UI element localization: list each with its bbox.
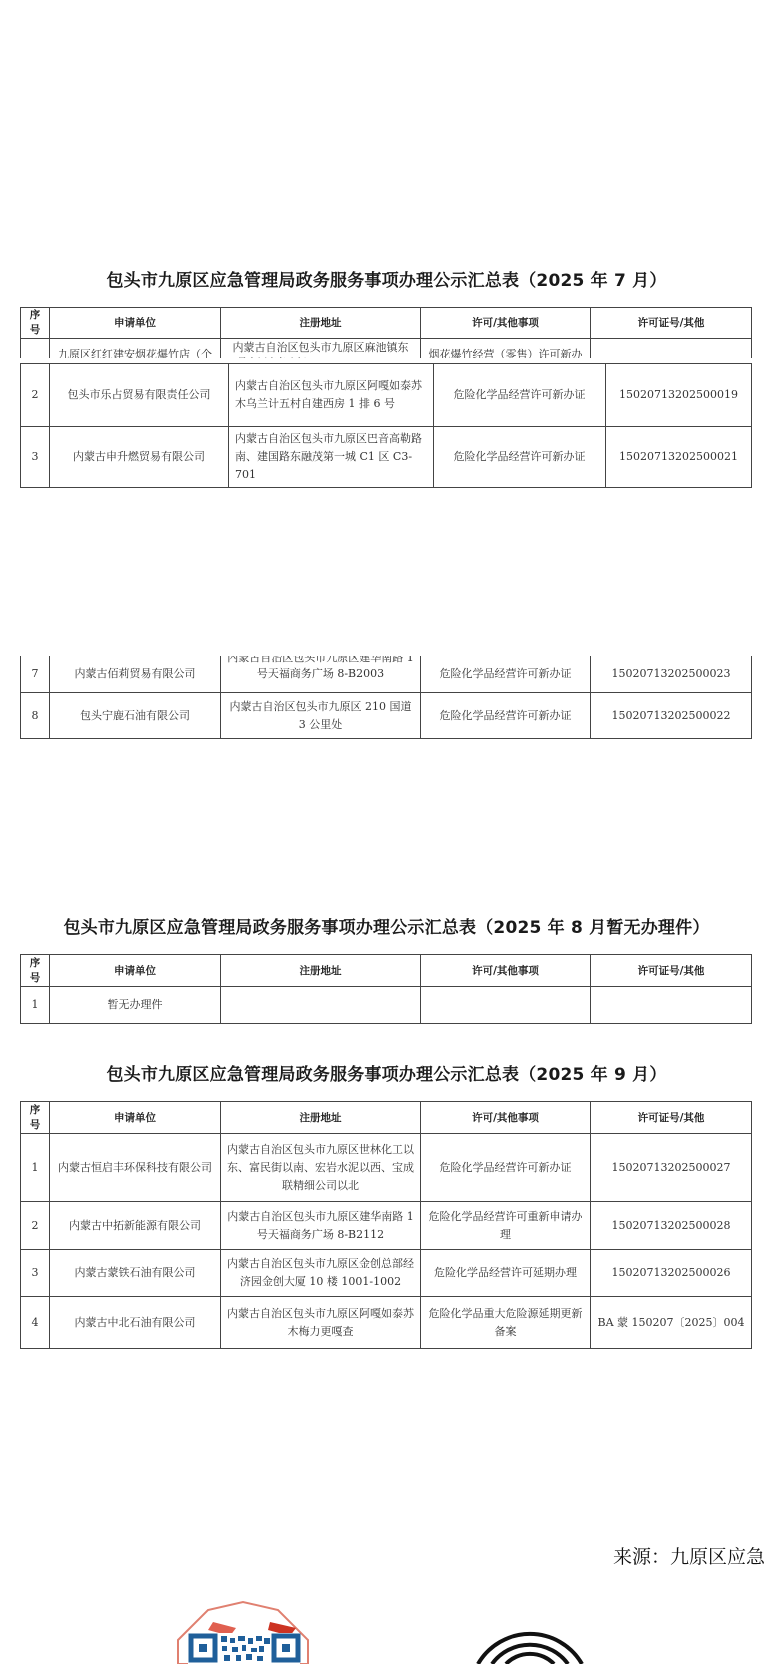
cell-item: 危险化学品经营许可新办证 xyxy=(420,693,590,738)
table-row: 3 内蒙古蒙铁石油有限公司 内蒙古自治区包头市九原区金创总部经济园金创大厦 10… xyxy=(20,1249,752,1296)
table-row: 九原区红红建安烟花爆竹店（个 内蒙古自治区包头市九原区麻池镇东号大福商务广场 8… xyxy=(20,338,752,358)
cell-seq: 1 xyxy=(20,1134,49,1201)
july-table-title: 包头市九原区应急管理局政务服务事项办理公示汇总表（2025 年 7 月） xyxy=(0,266,773,291)
cell-license xyxy=(590,339,752,358)
table-row: 1 内蒙古恒启丰环保科技有限公司 内蒙古自治区包头市九原区世林化工以东、富民街以… xyxy=(20,1133,752,1201)
cell-license: 15020713202500021 xyxy=(605,427,752,487)
seal-logo-icon xyxy=(470,1618,590,1664)
cell-license: 15020713202500023 xyxy=(590,656,752,692)
cell-item xyxy=(420,987,590,1023)
cell-seq: 1 xyxy=(20,987,49,1023)
cell-applicant: 九原区红红建安烟花爆竹店（个 xyxy=(49,339,220,358)
cell-seq: 7 xyxy=(20,656,49,692)
cell-item: 危险化学品重大危险源延期更新备案 xyxy=(420,1297,590,1348)
header-address: 注册地址 xyxy=(220,308,420,338)
cell-license: BA 蒙 150207〔2025〕004 xyxy=(590,1297,752,1348)
header-seq: 序号 xyxy=(20,955,49,986)
cell-applicant: 暂无办理件 xyxy=(49,987,220,1023)
cell-address: 内蒙古自治区包头市九原区麻池镇东号大福商务广场 8-B1505 xyxy=(220,339,420,358)
table-row: 8 包头宁鹿石油有限公司 内蒙古自治区包头市九原区 210 国道 3 公里处 危… xyxy=(20,692,752,739)
september-table-header: 序号 申请单位 注册地址 许可/其他事项 许可证号/其他 xyxy=(20,1101,752,1133)
cell-address: 内蒙古自治区包头市九原区 210 国道 3 公里处 xyxy=(220,693,420,738)
table-row: 4 内蒙古中北石油有限公司 内蒙古自治区包头市九原区阿嘎如泰苏木梅力更嘎查 危险… xyxy=(20,1296,752,1349)
september-table-title: 包头市九原区应急管理局政务服务事项办理公示汇总表（2025 年 9 月） xyxy=(0,1060,773,1085)
cell-applicant: 内蒙古中拓新能源有限公司 xyxy=(49,1202,220,1249)
cell-seq: 2 xyxy=(20,364,49,426)
cell-item: 危险化学品经营许可延期办理 xyxy=(420,1250,590,1296)
cell-address: 内蒙古自治区包头市九原区巴音高勒路南、建国路东融茂第一城 C1 区 C3-701 xyxy=(228,427,433,487)
cell-item: 危险化学品经营许可新办证 xyxy=(420,656,590,692)
header-license: 许可证号/其他 xyxy=(590,308,752,338)
cell-applicant: 包头市乐占贸易有限责任公司 xyxy=(49,364,228,426)
cell-address: 内蒙古自治区包头市九原区阿嘎如泰苏木梅力更嘎查 xyxy=(220,1297,420,1348)
header-applicant: 申请单位 xyxy=(49,1102,220,1133)
cell-license: 15020713202500019 xyxy=(605,364,752,426)
table-row: 3 内蒙古申升燃贸易有限公司 内蒙古自治区包头市九原区巴音高勒路南、建国路东融茂… xyxy=(20,426,752,488)
cell-license: 15020713202500022 xyxy=(590,693,752,738)
cell-applicant: 内蒙古中北石油有限公司 xyxy=(49,1297,220,1348)
source-label: 来源：九原区应急 xyxy=(613,1542,765,1569)
cell-address: 内蒙古自治区包头市九原区建华南路 1 号天福商务广场 8-B2003 xyxy=(220,656,420,692)
cell-seq xyxy=(20,339,49,358)
header-applicant: 申请单位 xyxy=(49,308,220,338)
header-license: 许可证号/其他 xyxy=(590,955,752,986)
qr-code-icon xyxy=(158,1600,328,1664)
table-row: 2 包头市乐占贸易有限责任公司 内蒙古自治区包头市九原区阿嘎如泰苏木乌兰计五村自… xyxy=(20,363,752,426)
cell-address: 内蒙古自治区包头市九原区阿嘎如泰苏木乌兰计五村自建西房 1 排 6 号 xyxy=(228,364,433,426)
cell-license: 15020713202500026 xyxy=(590,1250,752,1296)
cell-address: 内蒙古自治区包头市九原区世林化工以东、富民街以南、宏岩水泥以西、宝成联精细公司以… xyxy=(220,1134,420,1201)
cell-item: 危险化学品经营许可新办证 xyxy=(433,427,605,487)
cell-seq: 3 xyxy=(20,1250,49,1296)
header-seq: 序号 xyxy=(20,1102,49,1133)
cell-applicant: 内蒙古恒启丰环保科技有限公司 xyxy=(49,1134,220,1201)
table-row: 1 暂无办理件 xyxy=(20,986,752,1024)
cell-seq: 4 xyxy=(20,1297,49,1348)
header-applicant: 申请单位 xyxy=(49,955,220,986)
cell-license: 15020713202500027 xyxy=(590,1134,752,1201)
cell-item: 烟花爆竹经营（零售）许可新办 xyxy=(420,339,590,358)
header-item: 许可/其他事项 xyxy=(420,955,590,986)
cell-applicant: 内蒙古蒙铁石油有限公司 xyxy=(49,1250,220,1296)
table-row: 7 内蒙古佰莉贸易有限公司 内蒙古自治区包头市九原区建华南路 1 号天福商务广场… xyxy=(20,656,752,692)
cell-license: 15020713202500028 xyxy=(590,1202,752,1249)
cell-seq: 8 xyxy=(20,693,49,738)
cell-applicant: 包头宁鹿石油有限公司 xyxy=(49,693,220,738)
cell-item: 危险化学品经营许可重新申请办理 xyxy=(420,1202,590,1249)
cell-license xyxy=(590,987,752,1023)
cell-item: 危险化学品经营许可新办证 xyxy=(433,364,605,426)
august-table-header: 序号 申请单位 注册地址 许可/其他事项 许可证号/其他 xyxy=(20,954,752,986)
august-table-title: 包头市九原区应急管理局政务服务事项办理公示汇总表（2025 年 8 月暂无办理件… xyxy=(0,913,773,938)
cell-applicant: 内蒙古佰莉贸易有限公司 xyxy=(49,656,220,692)
header-address: 注册地址 xyxy=(220,1102,420,1133)
cell-address: 内蒙古自治区包头市九原区金创总部经济园金创大厦 10 楼 1001-1002 xyxy=(220,1250,420,1296)
july-table-header: 序号 申请单位 注册地址 许可/其他事项 许可证号/其他 xyxy=(20,307,752,338)
cell-seq: 3 xyxy=(20,427,49,487)
cell-item: 危险化学品经营许可新办证 xyxy=(420,1134,590,1201)
header-seq: 序号 xyxy=(20,308,49,338)
header-item: 许可/其他事项 xyxy=(420,1102,590,1133)
cell-address: 内蒙古自治区包头市九原区建华南路 1 号天福商务广场 8-B2112 xyxy=(220,1202,420,1249)
cell-address xyxy=(220,987,420,1023)
header-address: 注册地址 xyxy=(220,955,420,986)
header-item: 许可/其他事项 xyxy=(420,308,590,338)
cell-applicant: 内蒙古申升燃贸易有限公司 xyxy=(49,427,228,487)
cell-seq: 2 xyxy=(20,1202,49,1249)
header-license: 许可证号/其他 xyxy=(590,1102,752,1133)
table-row: 2 内蒙古中拓新能源有限公司 内蒙古自治区包头市九原区建华南路 1 号天福商务广… xyxy=(20,1201,752,1249)
